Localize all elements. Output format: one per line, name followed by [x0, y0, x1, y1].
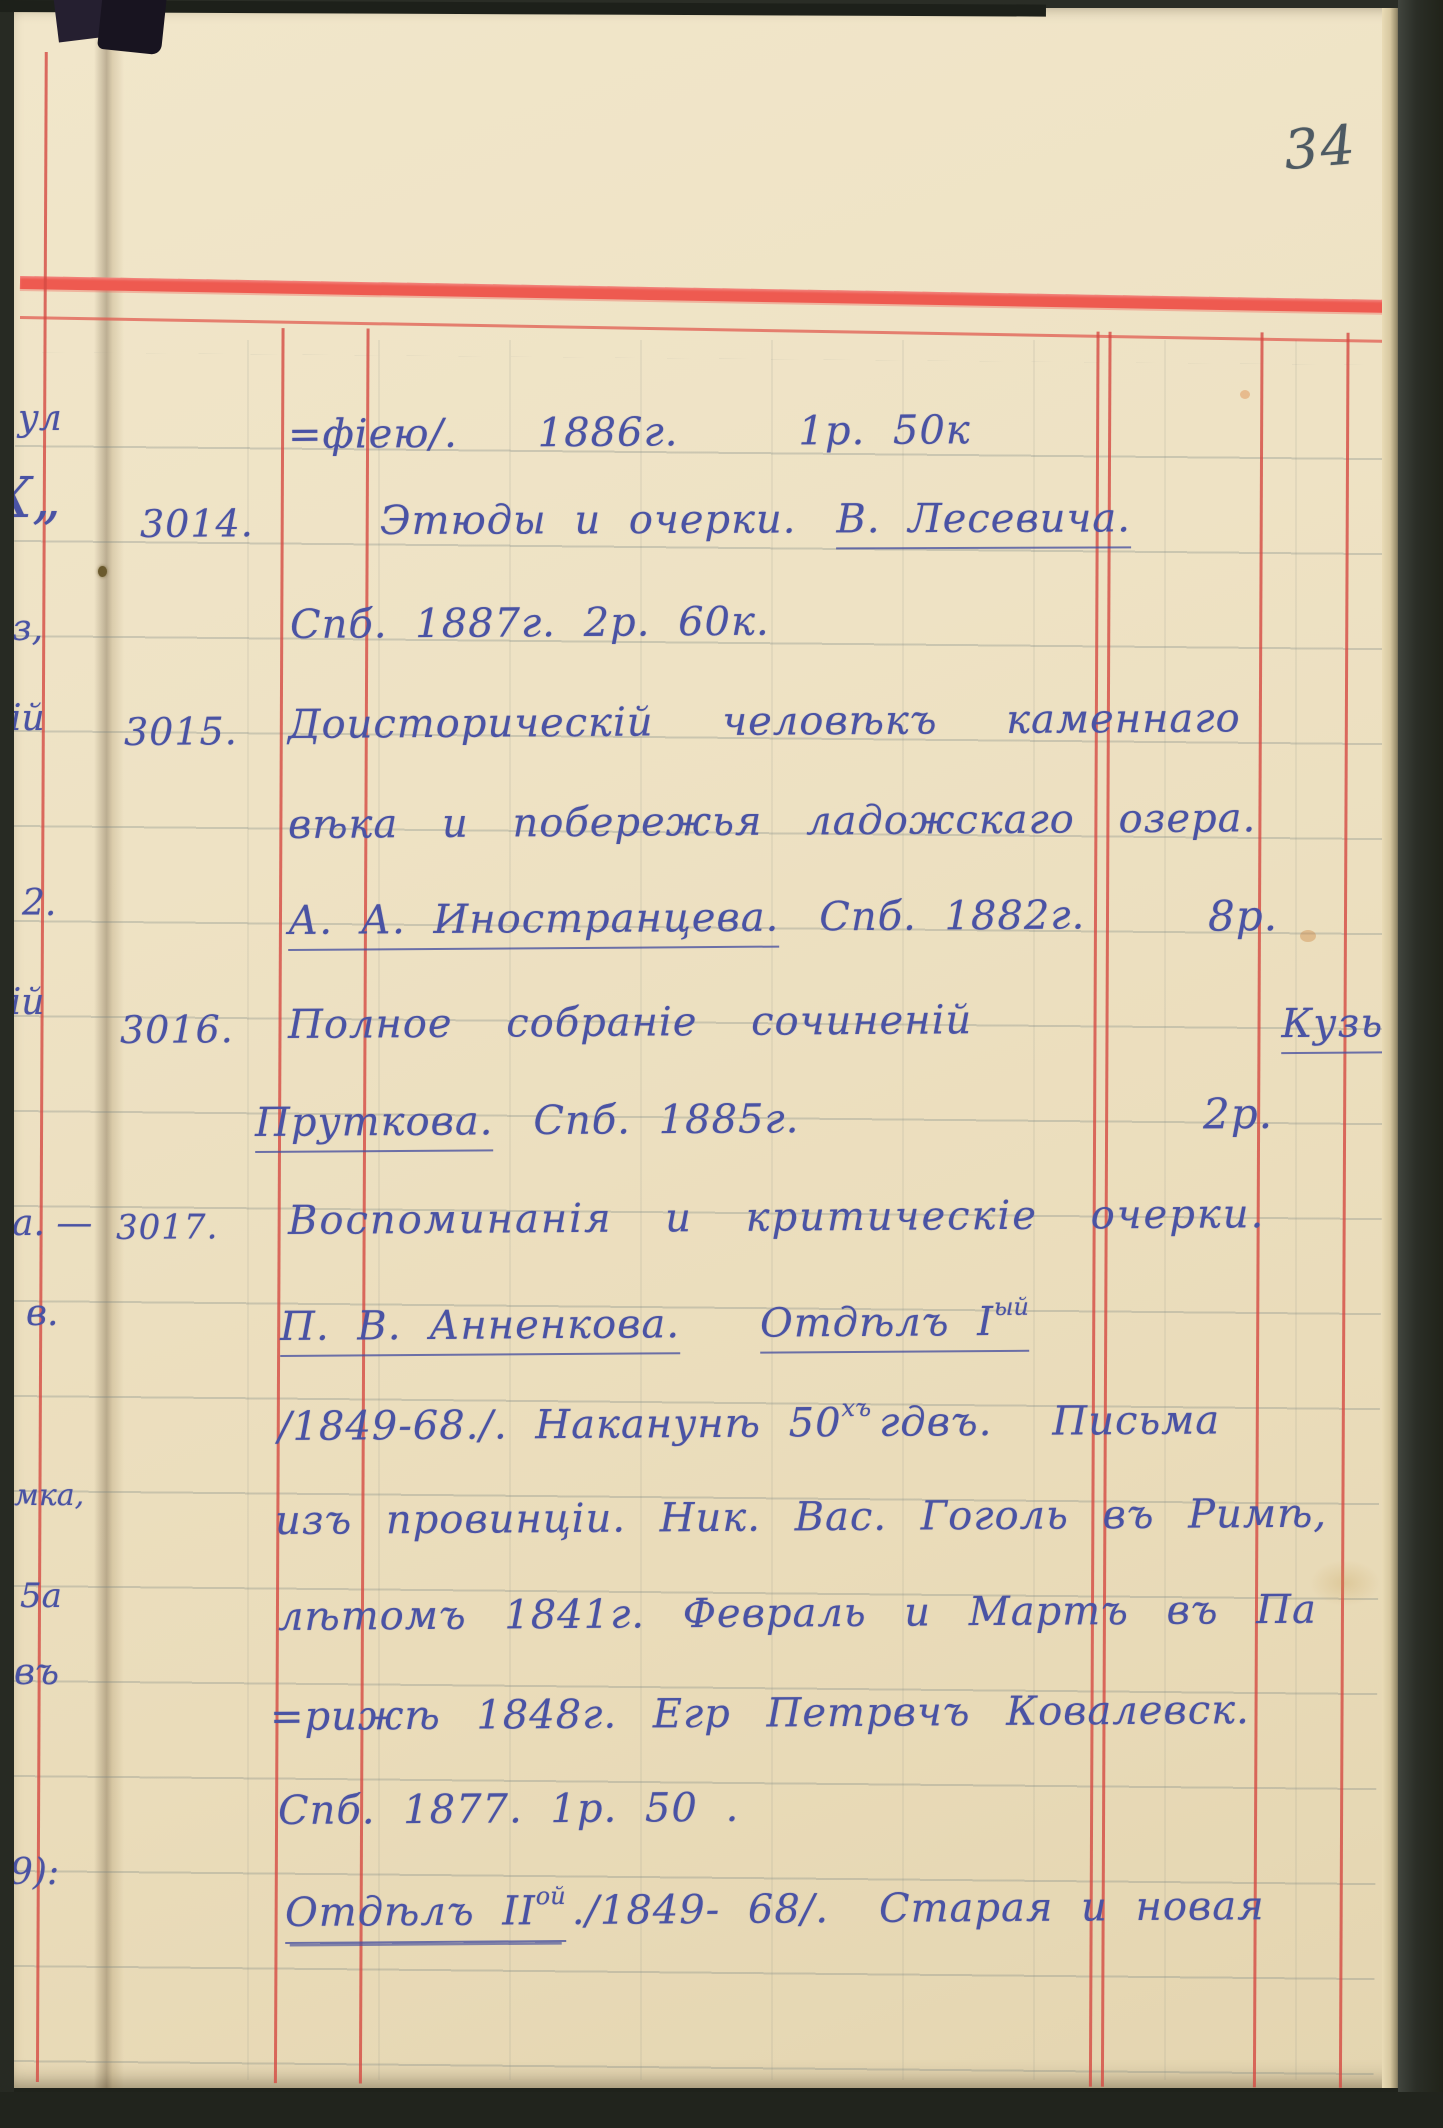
paper-stain: [1310, 1560, 1380, 1606]
section-1-label: Отдѣлъ I: [760, 1299, 994, 1347]
margin-fragment: въ: [14, 1652, 59, 1693]
entry-number-3014: 3014.: [140, 501, 254, 546]
entry-3017-dates: /1849-68./. Наканунѣ 50: [278, 1400, 842, 1450]
entry-3017-line-8: Отдѣлъ IIой./1849- 68/.Старая и новая: [285, 1877, 1265, 1936]
entry-3017-line-1: Воспоминанія и критическіе очерки.: [288, 1191, 1266, 1244]
entry-3015-author: А. А. Иностранцева.: [288, 895, 780, 951]
margin-fragment: з,: [12, 608, 43, 649]
fifties-superscript: хъ: [841, 1394, 871, 1422]
entry-number-3015: 3015.: [124, 709, 238, 754]
entry-continuation-line: =фіею/.1886г.1р. 50к: [288, 407, 971, 458]
page-number: 34: [1281, 113, 1359, 182]
scan-background-right: [1398, 0, 1443, 2128]
entry-3016-price: 2р.: [1203, 1089, 1273, 1138]
entry-3017-line-4: изъ провинціи. Ник. Вас. Гоголь въ Римѣ,: [275, 1491, 1327, 1544]
margin-fragment: а. —: [12, 1203, 92, 1244]
entry-3014-line-1: Этюды и очерки.В. Лесевича.: [380, 495, 1131, 544]
entry-3017-letters-word: Письма: [1052, 1397, 1220, 1444]
entry-3017-section-2: Отдѣлъ IIой: [285, 1888, 566, 1944]
entry-3014-author: В. Лесевича.: [836, 495, 1131, 549]
scan-background-left: [0, 0, 14, 2128]
margin-fragment: ул: [18, 398, 62, 439]
section-2-superscript: ой: [536, 1882, 566, 1910]
entry-3017-line-5: лѣтомъ 1841г. Февраль и Мартъ въ Па: [278, 1587, 1317, 1640]
entry-3014-line-2: Спб. 1887г. 2р. 60к.: [290, 599, 770, 648]
entry-3017-dates-2: ./1849- 68/.: [572, 1886, 830, 1934]
entry-3017-line-2: П. В. Анненкова.Отдѣлъ Iый: [280, 1293, 1029, 1350]
entry-3017-line-6: =рижѣ 1848г. Егр Петрвчъ Ковалевск.: [270, 1687, 1250, 1740]
entry-3015-imprint: Спб. 1882г.: [819, 892, 1085, 940]
binding-cloth-patch: [97, 0, 167, 55]
entry-3015-line-1: Доисторическій человѣкъ каменнаго: [288, 695, 1241, 748]
entry-number-3017: 3017.: [116, 1207, 219, 1248]
margin-fragment: мка,: [14, 1478, 84, 1513]
continuation-title-fragment: =фіею/.: [288, 411, 458, 458]
spacer: [680, 1337, 760, 1338]
entry-3017-trailing-text: Старая и новая: [879, 1883, 1265, 1932]
column-red-line-5: [1339, 333, 1349, 2088]
spacer: [458, 446, 538, 447]
entry-3016-line-2: Пруткова.Спб. 1885г. 2р.: [255, 1092, 1398, 1146]
continuation-price: 1р. 50к: [798, 407, 971, 454]
section-2-label: Отдѣлъ II: [285, 1888, 536, 1936]
entry-3015-line-2: вѣка и побережья ладожскаго озера.: [288, 795, 1257, 848]
entry-3016-line-1: Полное собраніе сочиненій Кузьм.: [288, 994, 1431, 1048]
scan-background-bottom: [0, 2092, 1443, 2128]
entry-3016-title: Полное собраніе сочиненій: [288, 997, 972, 1048]
margin-fragment: в.: [26, 1293, 58, 1334]
entry-3017-line-7: Спб. 1877. 1р. 50 .: [278, 1785, 740, 1834]
section-1-superscript: ый: [994, 1293, 1029, 1321]
paper-flaw-speck: [98, 566, 107, 577]
paper-stain: [1240, 390, 1250, 399]
entry-3015-line-3: А. А. Иностранцева.Спб. 1882г. 8р.: [288, 890, 1398, 944]
entry-3017-author: П. В. Анненкова.: [280, 1301, 680, 1357]
entry-3017-line-3: /1849-68./. Наканунѣ 50хъгдвъ.Письма: [278, 1391, 1221, 1450]
entry-3015-price: 8р.: [1208, 891, 1278, 940]
continuation-year: 1886г.: [538, 409, 679, 456]
entry-number-3016: 3016.: [120, 1007, 234, 1052]
margin-fragment: 5а: [20, 1576, 62, 1616]
margin-fragment: ій: [10, 698, 45, 739]
spacer: [679, 444, 799, 445]
margin-fragment: 9):: [10, 1852, 59, 1893]
margin-red-line-prev-page: [36, 52, 47, 2082]
entry-3016-imprint: Спб. 1885г.: [533, 1096, 799, 1144]
entry-3014-title: Этюды и очерки.: [380, 497, 797, 544]
margin-fragment: 2.: [22, 883, 56, 924]
entry-3017-section-1: Отдѣлъ Iый: [760, 1299, 1029, 1354]
entry-3017-years-word: гдвъ.: [879, 1399, 993, 1446]
entry-3016-author: Пруткова.: [255, 1098, 494, 1153]
